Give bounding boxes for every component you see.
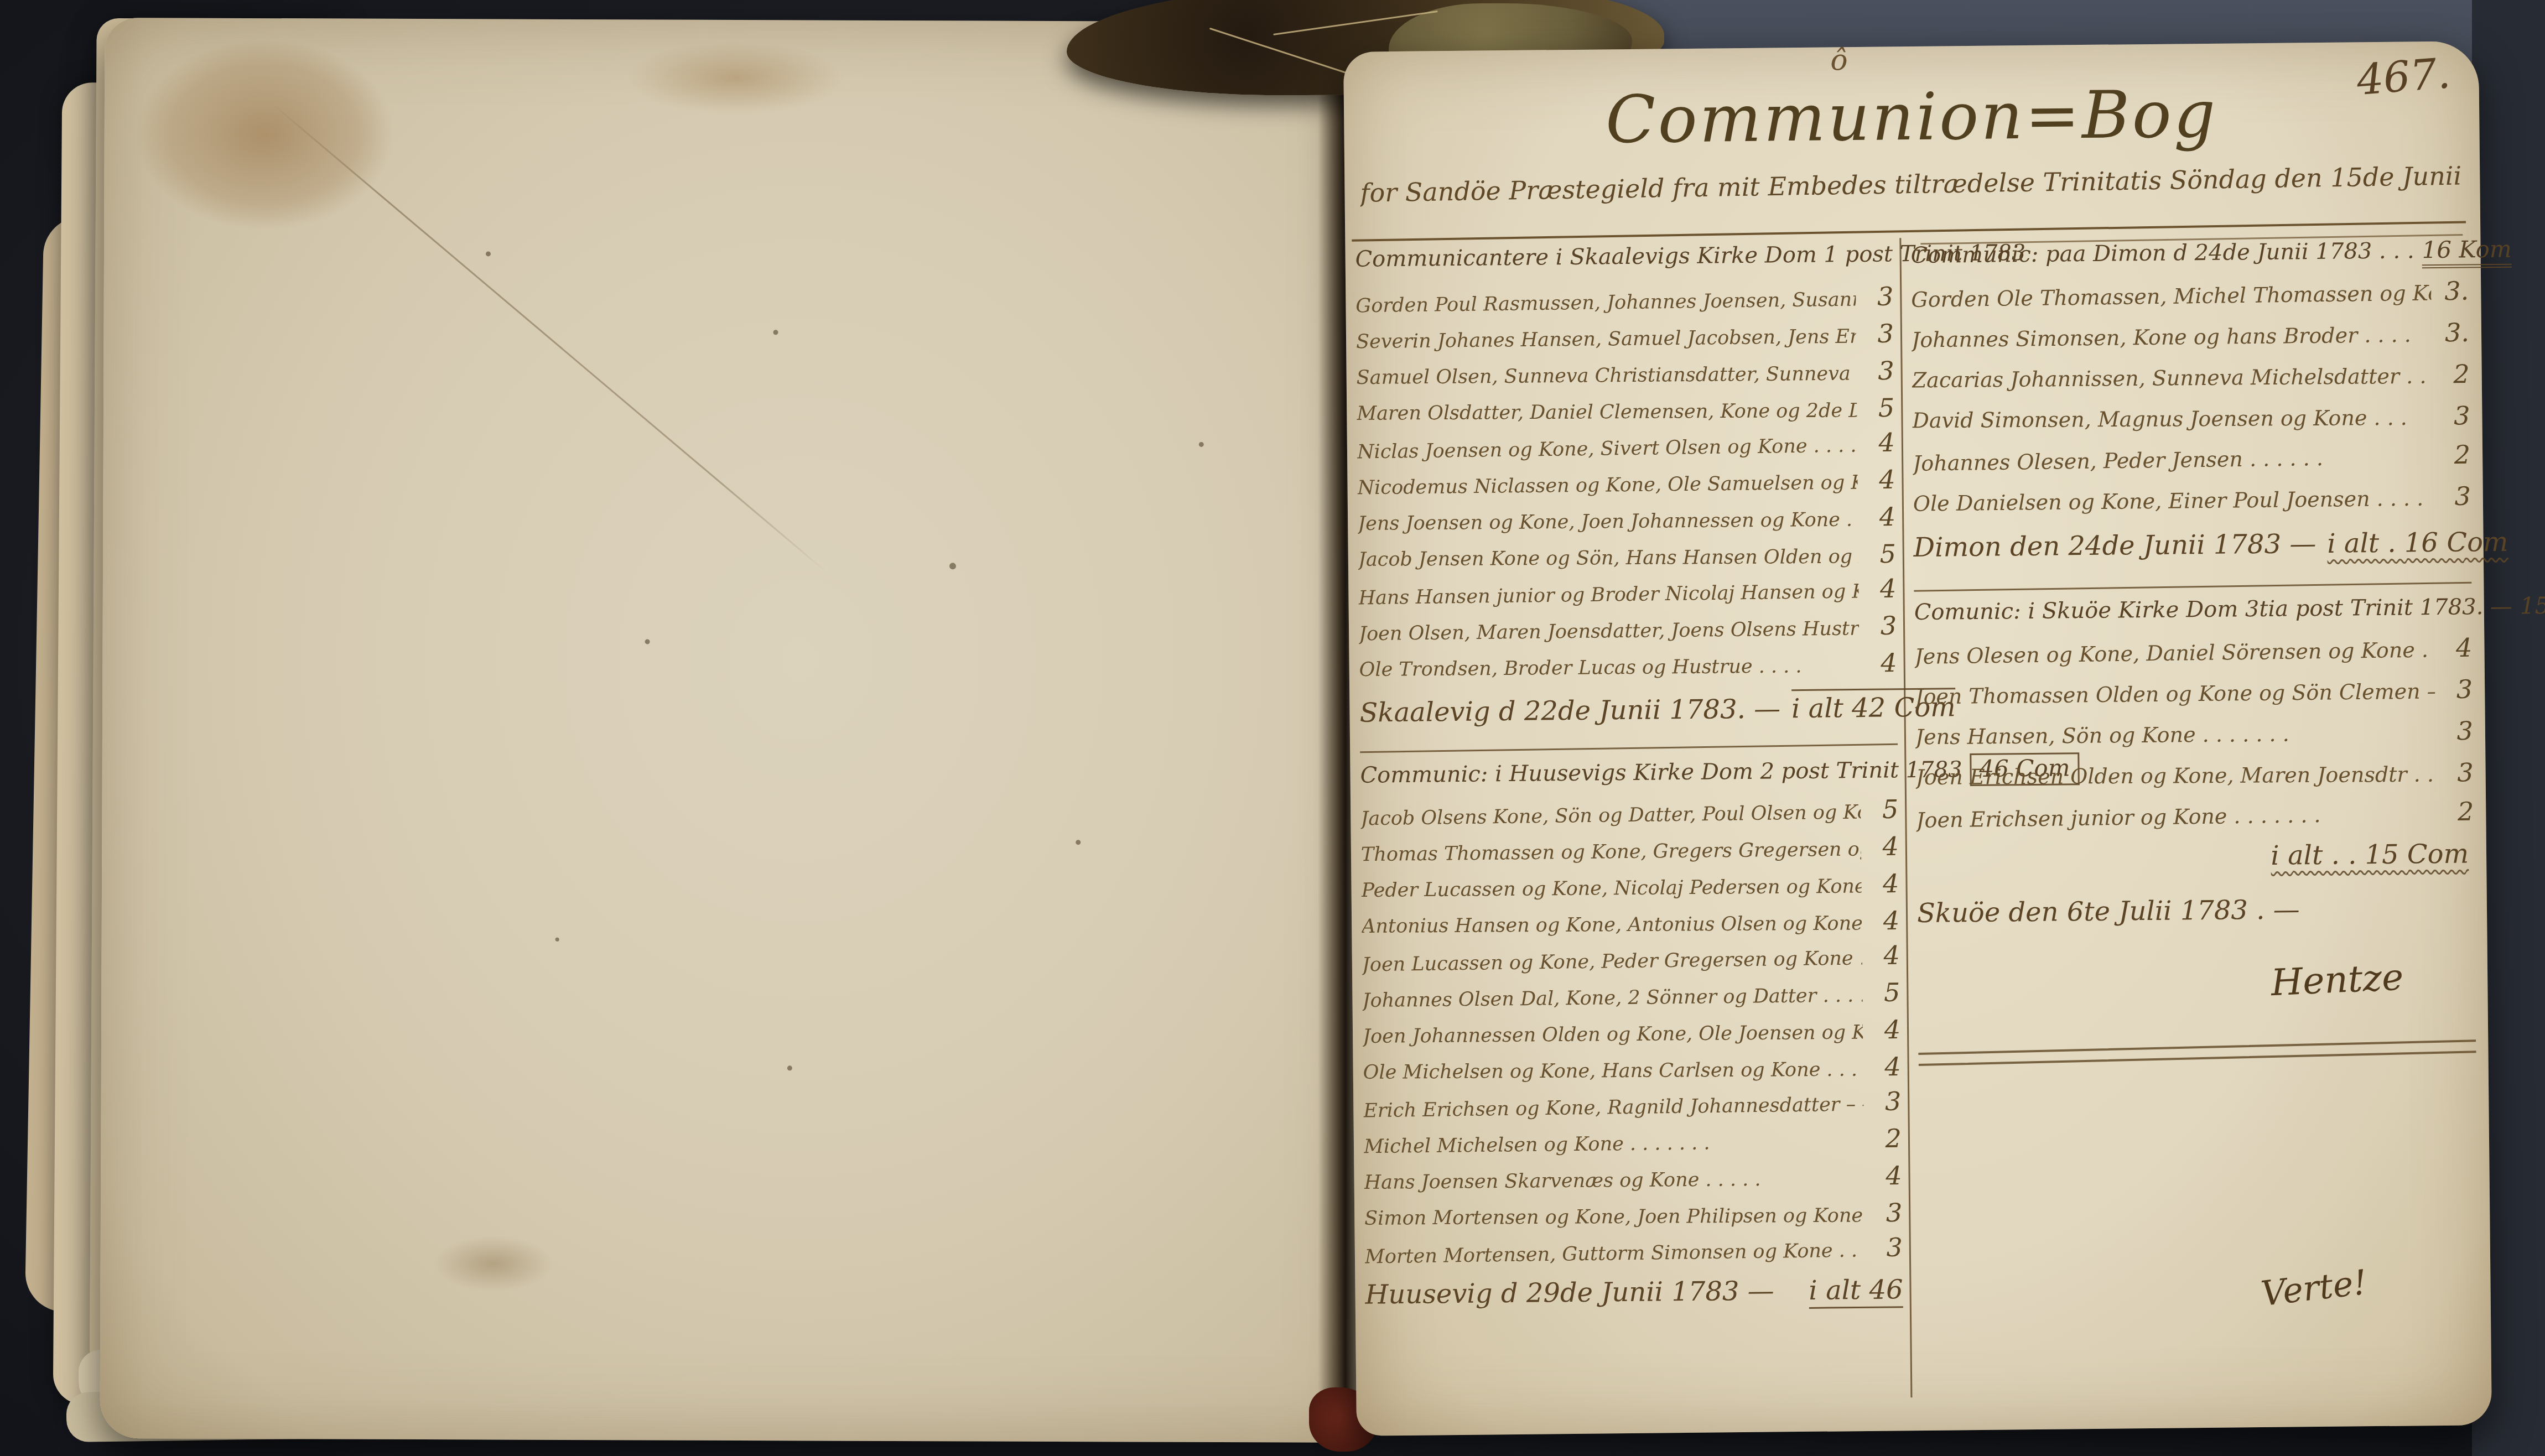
communicant-count: 4 — [1868, 1015, 1900, 1044]
right-register-column: Communic: paa Dimon d 24de Junii 1783 . … — [1910, 236, 2479, 1324]
paper-speck — [773, 330, 778, 335]
paper-speck — [949, 563, 956, 569]
paper-speck — [555, 938, 559, 942]
communicant-count: 5 — [1862, 393, 1894, 423]
communicant-names: Nicodemus Niclassen og Kone, Ole Samuels… — [1357, 472, 1857, 500]
communicant-names: Joen Lucassen og Kone, Peder Gregersen o… — [1362, 947, 1862, 976]
section-header-text: Communic: i Huusevigs Kirke Dom 2 post T… — [1360, 757, 1962, 788]
communicant-row: Michel Michelsen og Kone . . . . . . .2 — [1364, 1124, 1902, 1166]
communicant-names: Hans Hansen junior og Broder Nicolaj Han… — [1358, 580, 1858, 609]
section-footer: Skuöe den 6te Julii 1783 . — — [1917, 892, 2475, 949]
paper-speck — [1076, 840, 1081, 845]
communicant-names: Maren Olsdatter, Daniel Clemensen, Kone … — [1357, 400, 1857, 425]
communicant-count: 3 — [2438, 401, 2470, 430]
communicant-names: Gorden Ole Thomassen, Michel Thomassen o… — [1911, 280, 2432, 311]
paper-speck — [645, 639, 650, 644]
communicant-names: Zacarias Johannissen, Sunneva Michelsdat… — [1912, 364, 2432, 393]
communicant-row: Joen Erichsen Olden og Kone, Maren Joens… — [1916, 757, 2474, 802]
communicant-names: Johannes Olsen Dal, Kone, 2 Sönner og Da… — [1362, 984, 1862, 1012]
communicant-count: 3 — [1870, 1233, 1903, 1263]
communicant-names: Joen Olsen, Maren Joensdatter, Joens Ols… — [1359, 617, 1859, 645]
communicant-names: Ole Danielsen og Kone, Einer Poul Joense… — [1913, 486, 2433, 516]
paper-stain — [580, 25, 891, 131]
section-place-date: Huusevig d 29de Junii 1783 — — [1365, 1276, 1774, 1311]
communicant-count: 4 — [1869, 1052, 1901, 1081]
communicant-count: 3 — [1862, 356, 1894, 386]
communicant-row: Joen Lucassen og Kone, Peder Gregersen o… — [1362, 940, 1900, 984]
communicant-row: Ole Trondsen, Broder Lucas og Hustrue . … — [1359, 648, 1897, 689]
communicant-row: Morten Mortensen, Guttorm Simonsen og Ko… — [1365, 1233, 1903, 1276]
communicant-count: 4 — [1863, 465, 1895, 495]
section-place-date: Skaalevig d 22de Junii 1783. — — [1359, 693, 1780, 728]
page-subtitle: for Sandöe Præstegield fra mit Embedes t… — [1360, 160, 2465, 207]
section-place-date: Skuöe den 6te Julii 1783 . — — [1917, 894, 2300, 929]
communion-section: Communicantere i Skaalevigs Kirke Dom 1 … — [1355, 241, 1898, 744]
priest-signature: Hentze — [1917, 953, 2476, 1020]
communicant-count: 3 — [2440, 674, 2473, 705]
communicant-count: 3. — [2437, 318, 2470, 348]
section-total: i alt . . 15 Com — [2271, 838, 2469, 871]
communicant-count: 2 — [2438, 440, 2471, 470]
communicant-count: 3 — [1870, 1198, 1902, 1228]
communicant-row: Severin Johanes Hansen, Samuel Jacobsen,… — [1356, 319, 1894, 361]
communicant-count: 4 — [1869, 1161, 1902, 1190]
paper-stain — [410, 1225, 576, 1303]
communicant-names: Joen Johannessen Olden og Kone, Ole Joen… — [1363, 1021, 1863, 1048]
communicant-row: Ole Danielsen og Kone, Einer Poul Joense… — [1913, 481, 2471, 528]
communicant-names: Niclas Joensen og Kone, Sivert Olsen og … — [1357, 434, 1857, 463]
communicant-row: Zacarias Johannissen, Sunneva Michelsdat… — [1912, 359, 2470, 404]
section-footer: Skaalevig d 22de Junii 1783. —i alt 42 C… — [1359, 688, 1898, 744]
section-header: Comunic: i Skuöe Kirke Dom 3tia post Tri… — [1914, 592, 2473, 639]
communicant-row: Maren Olsdatter, Daniel Clemensen, Kone … — [1357, 393, 1894, 433]
communicant-count: 4 — [1867, 869, 1899, 898]
communicant-count: 5 — [1866, 794, 1899, 825]
communicant-row: Thomas Thomassen og Kone, Gregers Greger… — [1361, 831, 1899, 874]
communicant-count: 2 — [1869, 1124, 1902, 1154]
paper-stain — [93, 7, 437, 262]
communicant-names: Jacob Jensen Kone og Sön, Hans Hansen Ol… — [1358, 546, 1858, 571]
communicant-row: Antonius Hansen og Kone, Antonius Olsen … — [1362, 906, 1899, 945]
communicant-count: 4 — [1867, 906, 1899, 935]
communicant-names: Samuel Olsen, Sunneva Christiansdatter, … — [1357, 363, 1857, 389]
right-page-communion-register: 467. ô Communion=Bog for Sandöe Præstegi… — [1343, 41, 2492, 1436]
paper-speck — [486, 251, 491, 256]
communicant-count: 4 — [2440, 633, 2473, 663]
section-place-date: Dimon den 24de Junii 1783 — — [1913, 528, 2316, 563]
title-flourish: ô — [1830, 44, 1848, 77]
verte-note: Verte! — [1920, 1249, 2479, 1353]
communicant-names: Johannes Olesen, Peder Jensen . . . . . … — [1913, 444, 2433, 475]
paper-speck — [787, 1065, 792, 1070]
paper-speck — [1199, 442, 1204, 447]
communicant-row: Erich Erichsen og Kone, Ragnild Johannes… — [1363, 1086, 1902, 1130]
communicant-names: Jacob Olsens Kone, Sön og Datter, Poul O… — [1360, 801, 1861, 830]
communicant-row: Hans Hansen junior og Broder Nicolaj Han… — [1358, 574, 1897, 617]
communicant-row: Jacob Jensen Kone og Sön, Hans Hansen Ol… — [1358, 539, 1896, 579]
communicant-row: Ole Michelsen og Kone, Hans Carlsen og K… — [1363, 1052, 1901, 1091]
section-footer: Huusevig d 29de Junii 1783 —i alt 46 — [1365, 1274, 1903, 1330]
communicant-row: Johannes Olsen Dal, Kone, 2 Sönner og Da… — [1362, 977, 1900, 1020]
communicant-count: 3 — [1862, 319, 1894, 349]
communicant-names: Peder Lucassen og Kone, Nicolaj Pedersen… — [1361, 875, 1861, 902]
communicant-names: Ole Trondsen, Broder Lucas og Hustrue . … — [1359, 655, 1860, 682]
section-header-text: Comunic: i Skuöe Kirke Dom 3tia post Tri… — [1914, 594, 2513, 625]
communicant-names: Jens Hansen, Sön og Kone . . . . . . . — [1915, 721, 2435, 750]
communicant-row: Joen Thomassen Olden og Kone og Sön Clem… — [1915, 674, 2473, 721]
section-divider-rule — [1360, 743, 1898, 753]
communicant-count: 5 — [1868, 977, 1900, 1008]
book-scan: 6tenLinDomvadFadSkiSInuInu 1MargLixComun… — [0, 0, 2545, 1456]
communicant-names: Joen Thomassen Olden og Kone og Sön Clem… — [1915, 679, 2435, 709]
right-register-sections: Communic: paa Dimon d 24de Junii 1783 . … — [1910, 236, 2475, 1010]
communicant-count: 4 — [1867, 940, 1900, 971]
section-count-badge: 16 Kom — [2422, 236, 2512, 269]
communicant-names: Ole Michelsen og Kone, Hans Carlsen og K… — [1363, 1059, 1863, 1084]
section-total: i alt . 16 Com — [2327, 527, 2508, 559]
communicant-count: 3 — [2442, 757, 2474, 787]
communicant-names: Johannes Simonsen, Kone og hans Broder .… — [1912, 323, 2432, 352]
communicant-count: 3 — [1869, 1086, 1902, 1117]
communicant-names: Joen Erichsen junior og Kone . . . . . .… — [1916, 801, 2437, 832]
communicant-names: Michel Michelsen og Kone . . . . . . . — [1364, 1130, 1864, 1158]
communicant-row: Johannes Simonsen, Kone og hans Broder .… — [1912, 318, 2470, 365]
communion-section: Comunic: i Skuöe Kirke Dom 3tia post Tri… — [1914, 592, 2476, 1010]
communicant-row: Simon Mortensen og Kone, Joen Philipsen … — [1364, 1198, 1902, 1237]
communicant-names: Joen Erichsen Olden og Kone, Maren Joens… — [1916, 762, 2436, 790]
communicant-row: Gorden Ole Thomassen, Michel Thomassen o… — [1911, 276, 2469, 324]
communicant-count: 2 — [2438, 359, 2470, 389]
communicant-count: 3 — [1864, 611, 1897, 641]
communicant-names: Simon Mortensen og Kone, Joen Philipsen … — [1364, 1204, 1864, 1229]
communicant-count: 3 — [1861, 282, 1894, 312]
communicant-count: 4 — [1863, 502, 1895, 532]
communion-section: Communic: i Huusevigs Kirke Dom 2 post T… — [1360, 754, 1903, 1330]
communicant-row: Hans Joensen Skarvenæs og Kone . . . . .… — [1364, 1161, 1902, 1202]
left-page-blank — [100, 18, 1373, 1443]
communicant-count: 3 — [2441, 716, 2473, 746]
communicant-count: 3. — [2437, 276, 2469, 306]
communicant-count: 5 — [1864, 539, 1896, 569]
communicant-count: 4 — [1864, 574, 1897, 604]
communicant-names: Hans Joensen Skarvenæs og Kone . . . . . — [1364, 1167, 1864, 1194]
communicant-count: 4 — [1862, 428, 1895, 458]
communicant-names: Jens Olesen og Kone, Daniel Sörensen og … — [1914, 637, 2435, 668]
communicant-row: Joen Johannessen Olden og Kone, Ole Joen… — [1363, 1015, 1901, 1055]
section-header: Communic: i Huusevigs Kirke Dom 2 post T… — [1360, 754, 1898, 800]
left-register-column: Communicantere i Skaalevigs Kirke Dom 1 … — [1355, 241, 1903, 1330]
communicant-row: Jens Joensen og Kone, Joen Johannessen o… — [1358, 502, 1896, 543]
communicant-row: Joen Olsen, Maren Joensdatter, Joens Ols… — [1359, 611, 1897, 653]
communicant-row: Jens Hansen, Sön og Kone . . . . . . .3 — [1915, 716, 2474, 761]
communicant-names: Erich Erichsen og Kone, Ragnild Johannes… — [1363, 1093, 1863, 1122]
communicant-names: Antonius Hansen og Kone, Antonius Olsen … — [1362, 913, 1862, 938]
section-footer: Dimon den 24de Junii 1783 —i alt . 16 Co… — [1913, 527, 2471, 583]
communicant-names: Thomas Thomassen og Kone, Gregers Greger… — [1361, 838, 1861, 866]
communicant-row: Jens Olesen og Kone, Daniel Sörensen og … — [1914, 633, 2473, 681]
communicant-row: David Simonsen, Magnus Joensen og Kone .… — [1912, 401, 2470, 445]
section-total: i alt 46 — [1809, 1274, 1903, 1309]
paper-crease — [269, 101, 828, 574]
communicant-names: Morten Mortensen, Guttorm Simonsen og Ko… — [1365, 1239, 1865, 1268]
communicant-row: Niclas Joensen og Kone, Sivert Olsen og … — [1357, 428, 1895, 471]
communicant-names: Severin Johanes Hansen, Samuel Jacobsen,… — [1356, 326, 1856, 353]
communicant-names: Jens Joensen og Kone, Joen Johannessen o… — [1358, 509, 1858, 535]
communion-section: Communic: paa Dimon d 24de Junii 1783 . … — [1910, 236, 2471, 583]
communicant-count: 4 — [1867, 831, 1899, 862]
communicant-count: 4 — [1864, 648, 1897, 678]
communicant-names: David Simonsen, Magnus Joensen og Kone .… — [1912, 405, 2432, 433]
section-header: Communicantere i Skaalevigs Kirke Dom 1 … — [1355, 241, 1893, 287]
page-title: Communion=Bog — [1344, 73, 2480, 160]
section-total-line: i alt . . 15 Com — [1916, 838, 2475, 893]
communicant-row: Jacob Olsens Kone, Sön og Datter, Poul O… — [1360, 794, 1899, 838]
section-header: Communic: paa Dimon d 24de Junii 1783 . … — [1910, 236, 2469, 282]
communicant-count: 2 — [2442, 797, 2474, 827]
section-header-text: Communic: paa Dimon d 24de Junii 1783 . … — [1910, 238, 2414, 268]
communicant-row: Johannes Olesen, Peder Jensen . . . . . … — [1913, 440, 2471, 488]
communicant-names: Gorden Poul Rasmussen, Johannes Joensen,… — [1355, 289, 1856, 318]
communicant-row: Nicodemus Niclassen og Kone, Ole Samuels… — [1357, 465, 1895, 507]
communicant-count: 3 — [2439, 481, 2471, 512]
communicant-row: Gorden Poul Rasmussen, Johannes Joensen,… — [1355, 282, 1894, 325]
section-count-badge: 15 Communic — [2520, 591, 2545, 620]
communicant-row: Peder Lucassen og Kone, Nicolaj Pedersen… — [1361, 869, 1899, 909]
double-rule — [1918, 1039, 2476, 1066]
communicant-row: Joen Erichsen junior og Kone . . . . . .… — [1916, 797, 2474, 845]
section-divider-rule — [1914, 582, 2471, 592]
communicant-row: Samuel Olsen, Sunneva Christiansdatter, … — [1356, 356, 1894, 397]
